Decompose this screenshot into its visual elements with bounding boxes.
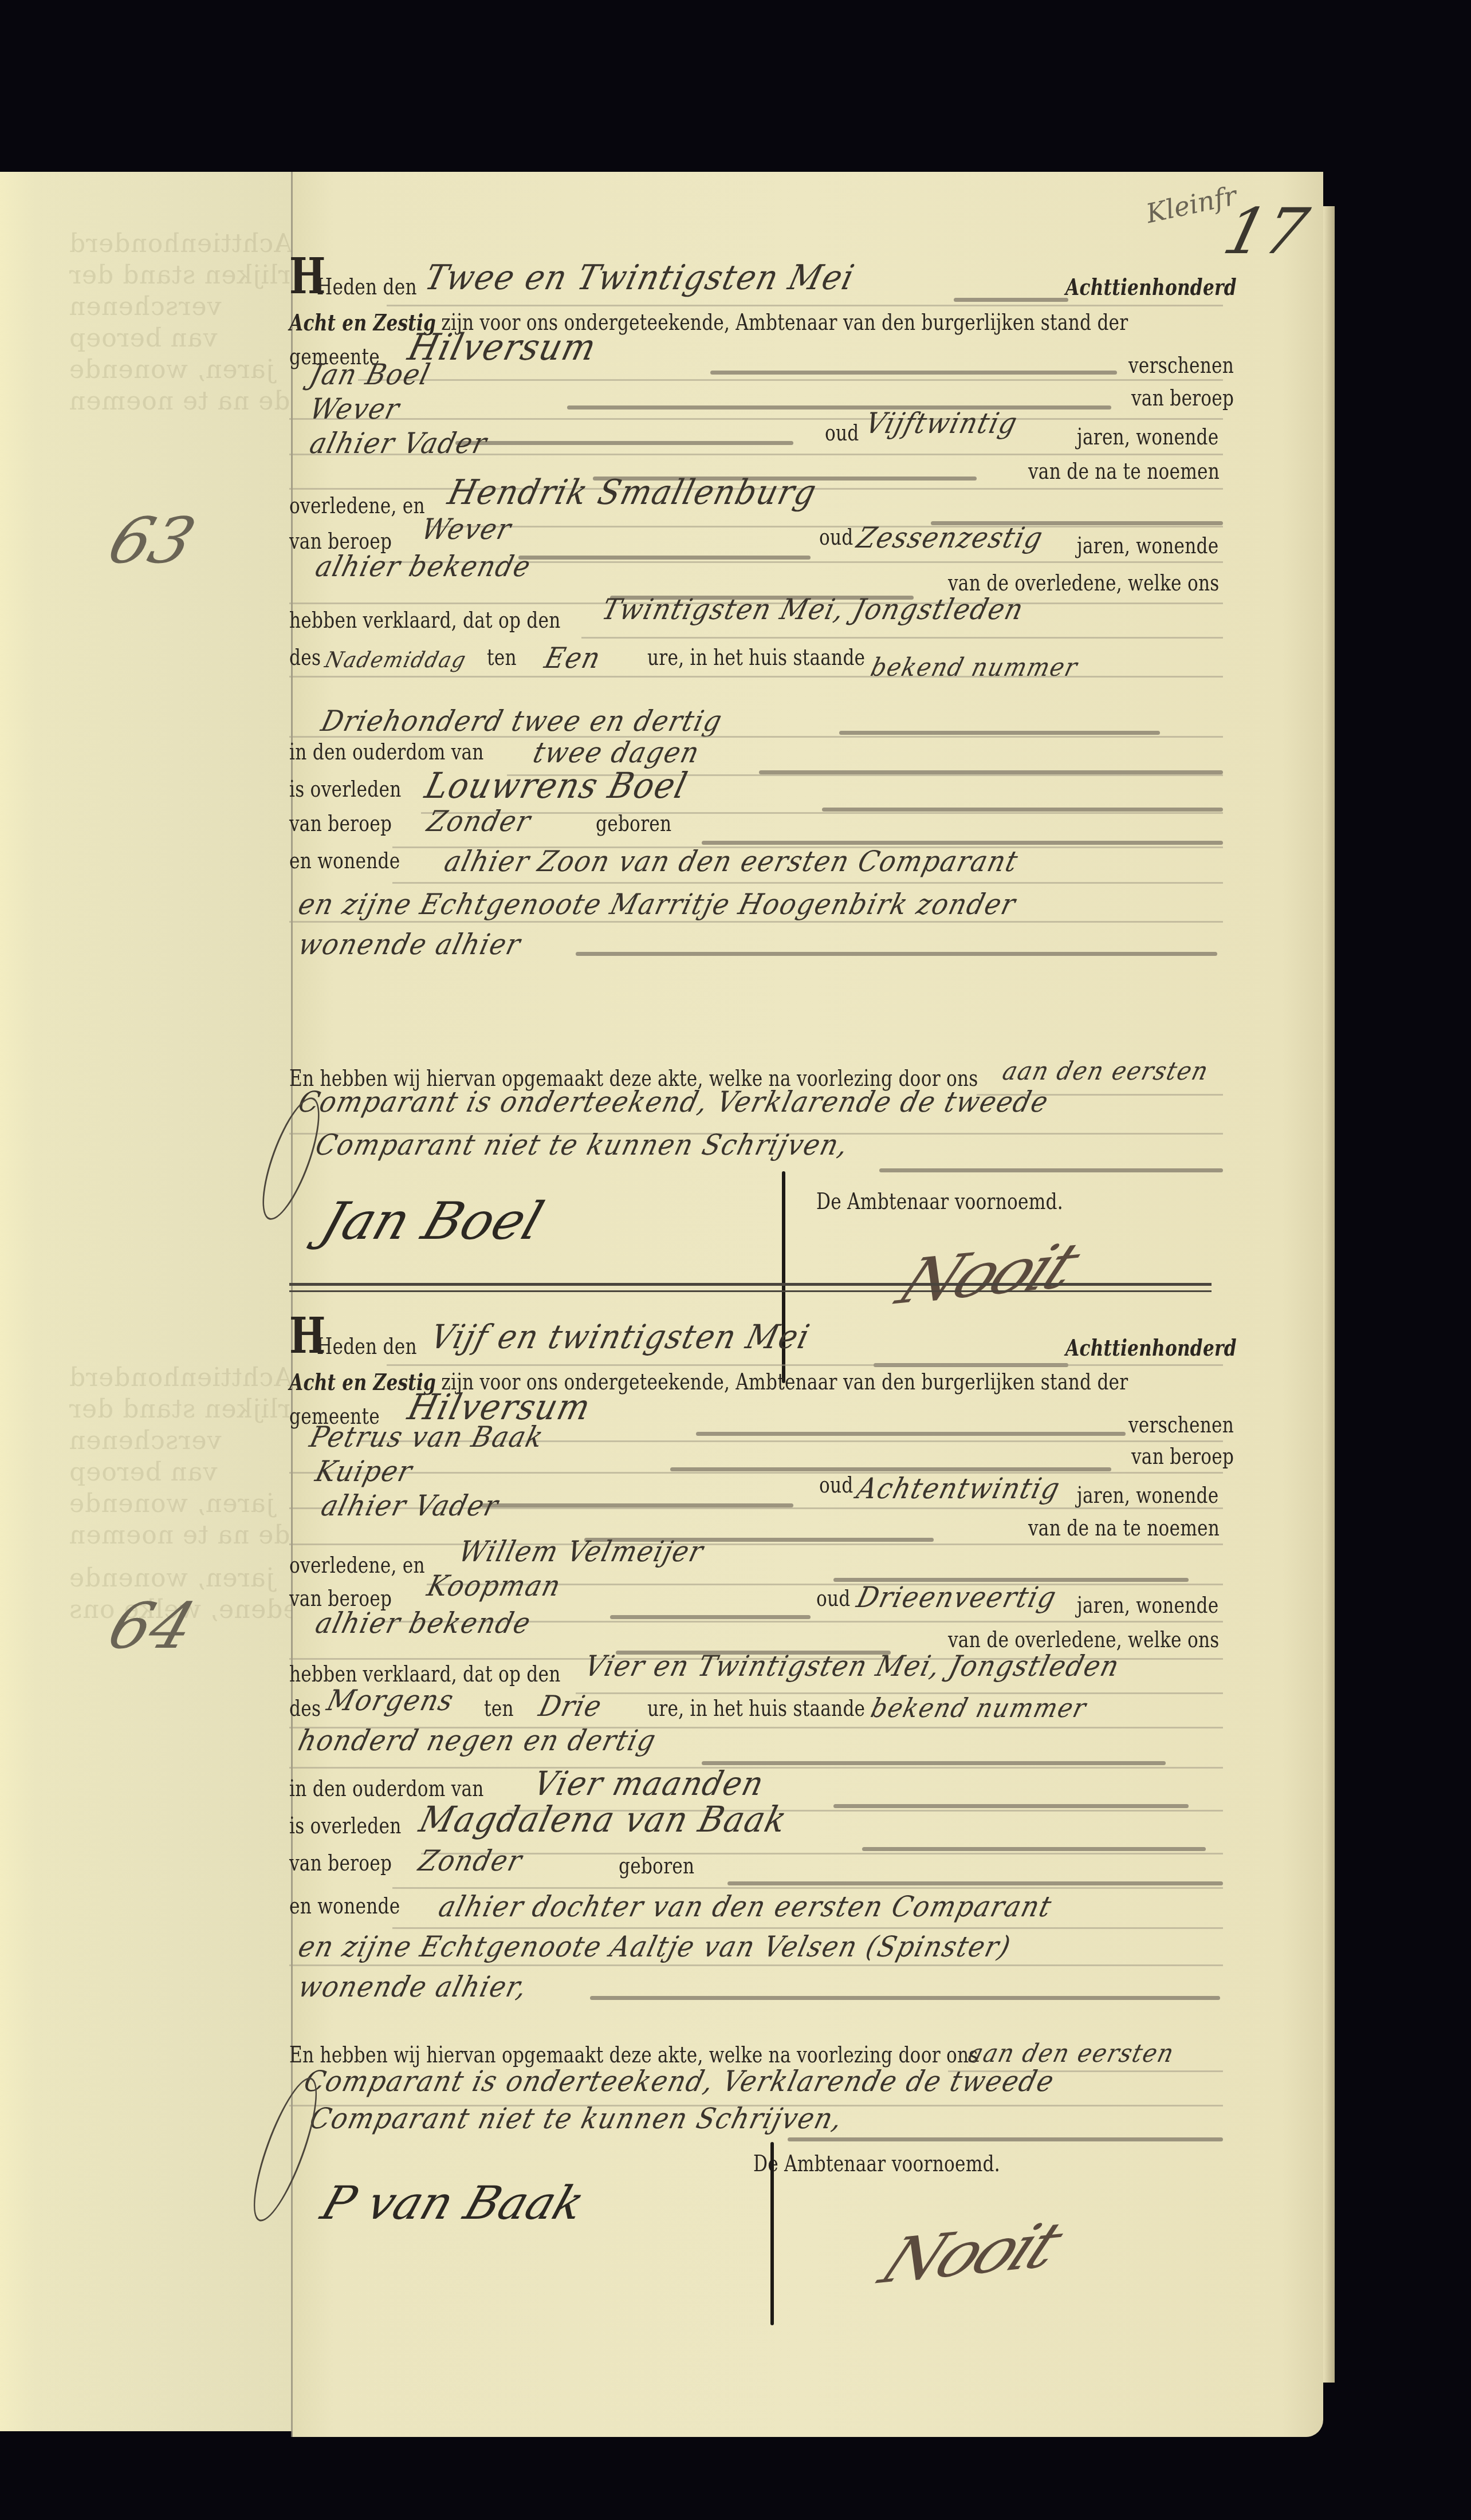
fill-dash [879,1168,1223,1172]
declarant2-beroep: Wever [418,513,516,546]
bleed-text: Achttienhonderd [69,1363,292,1392]
record-date: Twee en Twintigsten Mei [421,258,859,298]
label-ure-huis: ure, in het huis staande [647,1695,865,1722]
label-is-overleden: is overleden [289,1813,401,1839]
label-oud: oud [825,420,859,446]
label-van-de-na-te-noemen: van de na te noemen [1028,458,1220,485]
fill-dash [822,808,1223,812]
label-jaren-wonende: jaren, wonende [1077,1592,1218,1619]
death-record-64: H Heden den Vijf en twintigsten Mei Acht… [289,1300,1223,2228]
fill-dash [567,405,1111,409]
closing-1: aan den eersten [965,2039,1178,2068]
form-line [289,921,1223,923]
label-hebben-verklaard: hebben verklaard, dat op den [289,607,561,633]
declarant2-name: Hendrik Smallenburg [444,472,821,513]
declarant1-wonende: alhier Vader [318,1489,502,1522]
form-line [289,1543,1223,1545]
label-ure-huis: ure, in het huis staande [647,644,865,671]
form-line [289,676,1223,678]
label-achttienhonderd: Achttienhonderd [1065,274,1237,301]
label-jaren-wonende: jaren, wonende [1077,424,1218,450]
house-address: bekend nummer [868,1692,1090,1723]
declarant2-name: Willem Velmeijer [455,1535,707,1568]
fill-dash [455,441,793,445]
deceased-wonende-1: alhier dochter van den eersten Comparant [435,1890,1056,1923]
label-van-beroep: van beroep [1131,385,1234,411]
deceased-wonende-3: wonende alhier [295,928,525,961]
form-line [421,1853,1223,1854]
form-line [421,812,1223,814]
time-of-day: Nademiddag [322,647,469,672]
label-geboren: geboren [619,1853,694,1879]
form-line [289,736,1223,738]
deceased-beroep: Zonder [415,1844,526,1877]
declarant2-beroep: Koopman [424,1569,565,1602]
fill-dash [710,371,1117,375]
label-des: des [289,1695,321,1722]
death-record-63: H Heden den Twee en Twintigsten Mei Acht… [289,252,1223,1271]
label-geboren: geboren [596,810,671,837]
label-heden-den: Heden den [317,1333,417,1360]
bleed-text: verschenen [69,292,221,321]
bleed-text: van beroep [69,324,217,353]
fill-dash [788,2137,1223,2141]
label-van-beroep: van beroep [289,1850,392,1876]
closing-2: Comparant is onderteekend, Verklarende d… [301,2065,1058,2098]
fill-dash [576,952,1217,956]
fill-dash [839,731,1160,735]
fill-dash [702,1761,1166,1765]
form-line [289,1964,1223,1966]
label-ten: ten [487,644,517,671]
bleed-text: jaren, wonende [69,1564,274,1593]
label-des: des [289,644,321,671]
gemeente-value: Hilversum [404,326,601,369]
deceased-name: Louwrens Boel [421,765,692,806]
label-ten: ten [484,1695,514,1722]
death-hour: Een [541,641,604,675]
label-overledene-en: overledene, en [289,493,425,519]
form-line [392,1887,1223,1889]
deceased-name: Magdalena van Baak [415,1798,792,1840]
label-oud: oud [816,1585,851,1612]
declarant1-beroep: Wever [306,392,404,426]
form-line [358,379,1223,381]
form-line [581,637,1223,639]
bleed-text: Achttienhonderd [69,229,292,258]
form-line [289,1472,1223,1474]
declarant2-age: Zessenzestig [854,521,1047,554]
form-line [387,1364,1223,1366]
fill-dash [696,1432,1126,1436]
fill-dash [610,1615,811,1619]
time-of-day: Morgens [324,1684,458,1717]
fill-dash [518,556,811,560]
closing-2: Comparant is onderteekend, Verklarende d… [295,1085,1052,1119]
fill-dash [590,1996,1220,2000]
closing-3: Comparant niet te kunnen Schrijven, [312,1128,852,1161]
label-en-wonende: en wonende [289,1893,400,1919]
house-address-cont: honderd negen en dertig [295,1724,660,1757]
declarant1-name: Jan Boel [306,358,434,391]
form-line [392,882,1223,884]
house-address: bekend nummer [868,653,1081,682]
form-line [392,1927,1223,1929]
label-en-wonende: en wonende [289,848,400,874]
signature-brace [770,2142,774,2325]
deceased-wonende-2: en zijne Echtgenoote Marritje Hoogenbirk… [295,888,1020,921]
fill-dash [833,1804,1189,1808]
signature-declarant: P van Baak [315,2176,591,2230]
form-line [387,305,1223,306]
closing-1: aan den eersten [1000,1057,1212,1086]
declarant1-beroep: Kuiper [312,1455,416,1488]
label-jaren-wonende: jaren, wonende [1077,533,1218,559]
label-van-beroep: van beroep [1131,1443,1234,1470]
label-verschenen: verschenen [1128,352,1234,379]
fill-dash [727,1881,1223,1885]
deceased-beroep: Zonder [424,805,534,838]
record-separator [289,1290,1212,1292]
record-separator [289,1283,1212,1286]
death-date: Twintigsten Mei, Jongstleden [599,593,1028,626]
label-oud: oud [819,524,854,550]
label-overledene-en: overledene, en [289,1552,425,1578]
house-address-cont: Driehonderd twee en dertig [318,704,726,738]
fill-dash [702,841,1223,845]
form-line [289,418,1223,420]
signature-declarant: Jan Boel [314,1191,550,1251]
declarant2-wonende: alhier bekende [312,1606,535,1640]
label-oud: oud [819,1472,854,1498]
deceased-wonende-1: alhier Zoon van den eersten Comparant [441,845,1022,878]
label-heden-den: Heden den [317,274,417,300]
declarant1-wonende: alhier Vader [306,427,491,460]
declarant2-age: Drieenveertig [854,1581,1060,1614]
label-ambtenaar: De Ambtenaar voornoemd. [816,1188,1063,1215]
bleed-text: verschenen [69,1426,221,1455]
bleed-text: van beroep [69,1458,217,1487]
declarant1-name: Petrus van Baak [306,1420,548,1454]
fill-dash [481,1503,793,1507]
deceased-wonende-3: wonende alhier, [295,1970,531,2003]
label-verschenen: verschenen [1128,1412,1234,1438]
deceased-age: Vier maanden [530,1764,768,1803]
label-achttienhonderd: Achttienhonderd [1065,1334,1237,1361]
death-date: Vier en Twintigsten Mei, Jongstleden [581,1649,1123,1683]
declarant1-age: Vijftwintig [862,407,1021,440]
declarant2-wonende: alhier bekende [312,550,535,583]
fill-dash [670,1467,1111,1471]
fill-dash [862,1847,1206,1851]
record-date: Vijf en twintigsten Mei [427,1317,814,1356]
label-ouderdom: in den ouderdom van [289,739,484,765]
deceased-wonende-2: en zijne Echtgenoote Aaltje van Velsen (… [295,1930,1014,1963]
bleed-text: jaren, wonende [69,355,274,384]
label-jaren-wonende: jaren, wonende [1077,1482,1218,1509]
bleed-text: jaren, wonende [69,1489,274,1518]
death-hour: Drie [536,1690,606,1723]
label-ambtenaar: De Ambtenaar voornoemd. [753,2151,1000,2177]
label-van-de-na-te-noemen: van de na te noemen [1028,1515,1220,1541]
label-van-beroep: van beroep [289,810,392,837]
fill-dash [759,770,1223,774]
declarant1-age: Achtentwintig [854,1472,1064,1505]
label-is-overleden: is overleden [289,776,401,802]
closing-3: Comparant niet te kunnen Schrijven, [306,2102,847,2135]
fill-dash [954,298,1068,302]
